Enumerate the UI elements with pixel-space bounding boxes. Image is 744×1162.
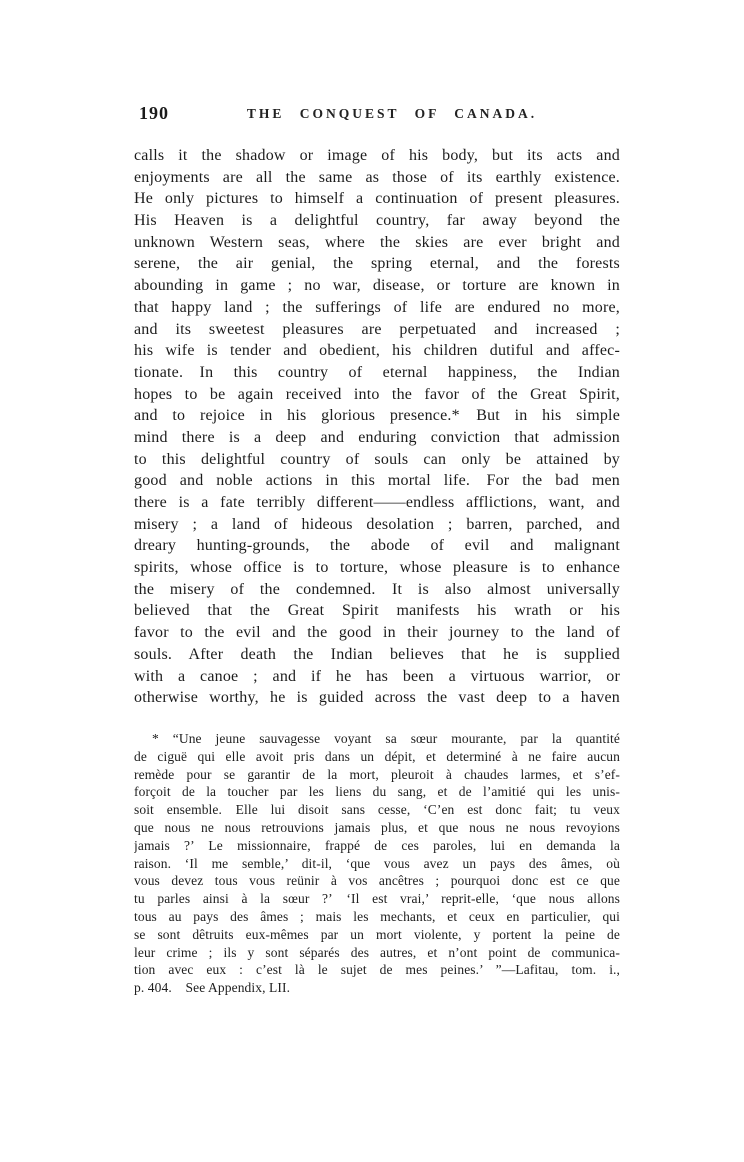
footnote-line: que nous ne nous retrouvions jamais plus… xyxy=(134,819,620,837)
footnote-line: * “Une jeune sauvagesse voyant sa sœur m… xyxy=(134,730,620,748)
body-line: the misery of the condemned. It is also … xyxy=(134,579,620,601)
body-line: his wife is tender and obedient, his chi… xyxy=(134,340,620,362)
body-line: misery ; a land of hideous desolation ; … xyxy=(134,514,620,536)
body-line: unknown Western seas, where the skies ar… xyxy=(134,232,620,254)
page-header: 190 THE CONQUEST OF CANADA. xyxy=(134,103,620,129)
footnote-line: remède pour se garantir de la mort, pleu… xyxy=(134,766,620,784)
footnote-line: tous au pays des âmes ; mais les mechant… xyxy=(134,908,620,926)
body-line: souls. After death the Indian believes t… xyxy=(134,644,620,666)
body-line: favor to the evil and the good in their … xyxy=(134,622,620,644)
body-line: there is a fate terribly different——endl… xyxy=(134,492,620,514)
footnote-line: vous devez tous vous reünir à vos ancêtr… xyxy=(134,872,620,890)
body-line: He only pictures to himself a continuati… xyxy=(134,188,620,210)
body-line: His Heaven is a delightful country, far … xyxy=(134,210,620,232)
body-line: and to rejoice in his glorious presence.… xyxy=(134,405,620,427)
body-text: calls it the shadow or image of his body… xyxy=(134,145,620,709)
footnote-line: forçoit de la toucher par les liens du s… xyxy=(134,783,620,801)
book-page: 190 THE CONQUEST OF CANADA. calls it the… xyxy=(0,0,744,1162)
body-line: otherwise worthy, he is guided across th… xyxy=(134,687,620,709)
body-line: calls it the shadow or image of his body… xyxy=(134,145,620,167)
body-line: tionate. In this country of eternal happ… xyxy=(134,362,620,384)
body-line: believed that the Great Spirit manifests… xyxy=(134,600,620,622)
footnote-line: soit ensemble. Elle lui disoit sans cess… xyxy=(134,801,620,819)
body-line: dreary hunting-grounds, the abode of evi… xyxy=(134,535,620,557)
page-number: 190 xyxy=(139,103,169,124)
footnote-line: jamais ?’ Le missionnaire, frappé de ces… xyxy=(134,837,620,855)
footnote-line: de ciguë qui elle avoit pris dans un dép… xyxy=(134,748,620,766)
footnote-line: tion avec eux : c’est là le sujet de mes… xyxy=(134,961,620,979)
body-line: good and noble actions in this mortal li… xyxy=(134,470,620,492)
body-line: spirits, whose office is to torture, who… xyxy=(134,557,620,579)
body-line: hopes to be again received into the favo… xyxy=(134,384,620,406)
body-line: serene, the air genial, the spring etern… xyxy=(134,253,620,275)
body-line: with a canoe ; and if he has been a virt… xyxy=(134,666,620,688)
body-line: to this delightful country of souls can … xyxy=(134,449,620,471)
footnote-line: se sont dêtruits eux-mêmes par un mort v… xyxy=(134,926,620,944)
body-line: enjoyments are all the same as those of … xyxy=(134,167,620,189)
body-line: abounding in game ; no war, disease, or … xyxy=(134,275,620,297)
body-line: that happy land ; the sufferings of life… xyxy=(134,297,620,319)
footnote-line: raison. ‘Il me semble,’ dit-il, ‘que vou… xyxy=(134,855,620,873)
footnote-line: p. 404. See Appendix, LII. xyxy=(134,979,620,997)
footnote: * “Une jeune sauvagesse voyant sa sœur m… xyxy=(134,730,620,997)
running-title: THE CONQUEST OF CANADA. xyxy=(134,106,620,122)
body-line: mind there is a deep and enduring convic… xyxy=(134,427,620,449)
body-line: and its sweetest pleasures are perpetuat… xyxy=(134,319,620,341)
footnote-line: leur crime ; ils y sont séparés des autr… xyxy=(134,944,620,962)
footnote-line: tu parles ainsi à la sœur ?’ ‘Il est vra… xyxy=(134,890,620,908)
